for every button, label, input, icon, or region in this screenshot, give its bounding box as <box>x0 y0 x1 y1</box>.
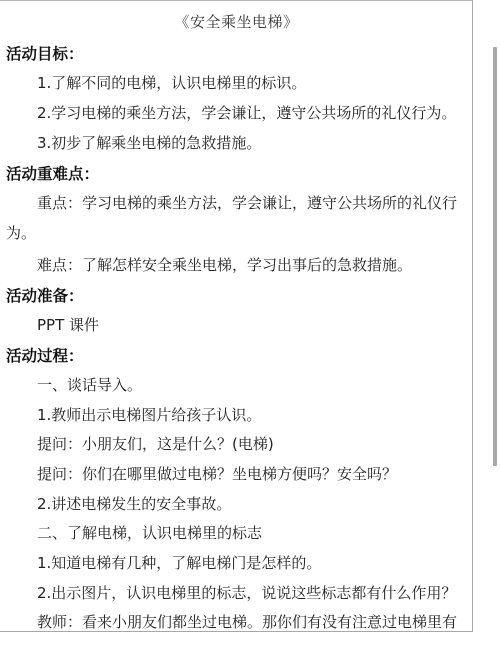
key-point-line: 重点：学习电梯的乘坐方法，学会谦让，遵守公共场所的礼仪行 <box>37 192 457 213</box>
document-page: 《安全乘坐电梯》 活动目标： 1.了解不同的电梯，认识电梯里的标识。 2.学习电… <box>0 0 473 632</box>
process-line-5: 2.讲述电梯发生的安全事故。 <box>37 493 231 514</box>
section-heading-preparation: 活动准备： <box>6 284 84 306</box>
process-line-6: 二、了解电梯，认识电梯里的标志 <box>37 522 262 543</box>
document-title: 《安全乘坐电梯》 <box>0 11 473 32</box>
vertical-scrollbar[interactable] <box>493 47 497 466</box>
process-line-7: 1.知道电梯有几种，了解电梯门是怎样的。 <box>37 552 321 573</box>
process-line-8: 2.出示图片，认识电梯里的标志，说说这些标志都有什么作用？ <box>37 582 456 603</box>
preparation-item: PPT 课件 <box>37 314 99 335</box>
section-heading-goals: 活动目标： <box>6 42 84 64</box>
section-heading-key-points: 活动重难点： <box>6 162 99 184</box>
process-line-4: 提问：你们在哪里做过电梯？坐电梯方便吗？安全吗？ <box>37 463 397 484</box>
process-line-2: 1.教师出示电梯图片给孩子认识。 <box>37 404 261 425</box>
goal-item-1: 1.了解不同的电梯，认识电梯里的标识。 <box>37 72 306 93</box>
process-line-1: 一、谈话导入。 <box>37 374 142 395</box>
process-line-9: 教师：看来小朋友们都坐过电梯。那你们有没有注意过电梯里有 <box>37 611 457 632</box>
goal-item-3: 3.初步了解乘坐电梯的急救措施。 <box>37 132 261 153</box>
process-line-3: 提问：小朋友们，这是什么？(电梯) <box>37 433 274 454</box>
section-heading-process: 活动过程： <box>6 344 84 366</box>
difficulty-line: 难点：了解怎样安全乘坐电梯，学习出事后的急救措施。 <box>37 254 412 275</box>
goal-item-2: 2.学习电梯的乘坐方法，学会谦让，遵守公共场所的礼仪行为。 <box>37 102 456 123</box>
key-point-line-wrap: 为。 <box>6 222 36 243</box>
